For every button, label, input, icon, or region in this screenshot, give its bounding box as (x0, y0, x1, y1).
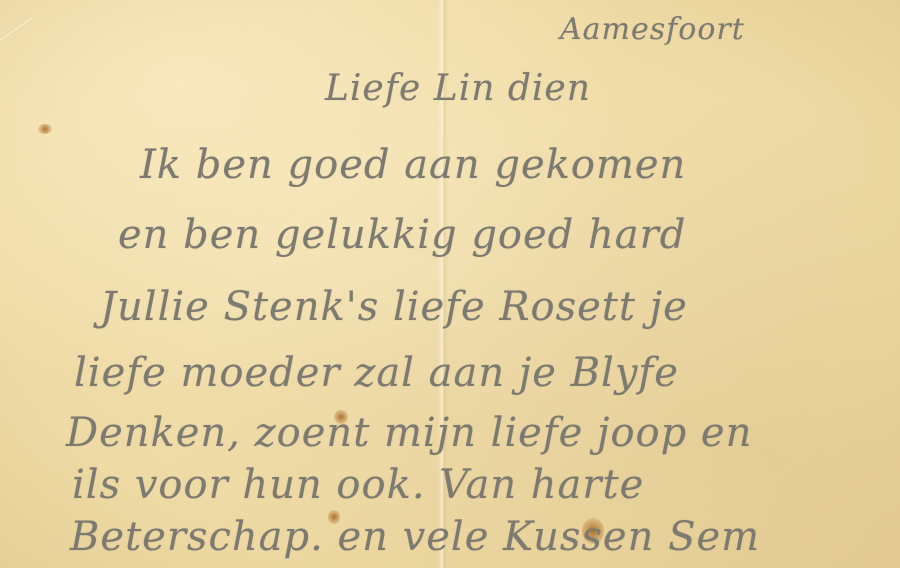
letter-line: Beterschap. en vele Kussen Sem (70, 514, 760, 560)
rust-stain (38, 124, 52, 134)
letter-line: Ik ben goed aan gekomen (140, 142, 686, 188)
letter-line: liefe moeder zal aan je Blyfe (74, 350, 679, 396)
place-heading: Aamesfoort (560, 12, 745, 47)
letter-line: Jullie Stenk's liefe Rosett je (100, 284, 688, 330)
letter-paper: Aamesfoort Liefe Lin dien Ik ben goed aa… (0, 0, 900, 568)
letter-line: en ben gelukkig goed hard (118, 212, 686, 258)
paper-crease (0, 0, 33, 41)
letter-line: Denken, zoent mijn liefe joop en (66, 410, 752, 456)
letter-line: ils voor hun ook. Van harte (72, 462, 644, 508)
salutation: Liefe Lin dien (325, 68, 591, 109)
